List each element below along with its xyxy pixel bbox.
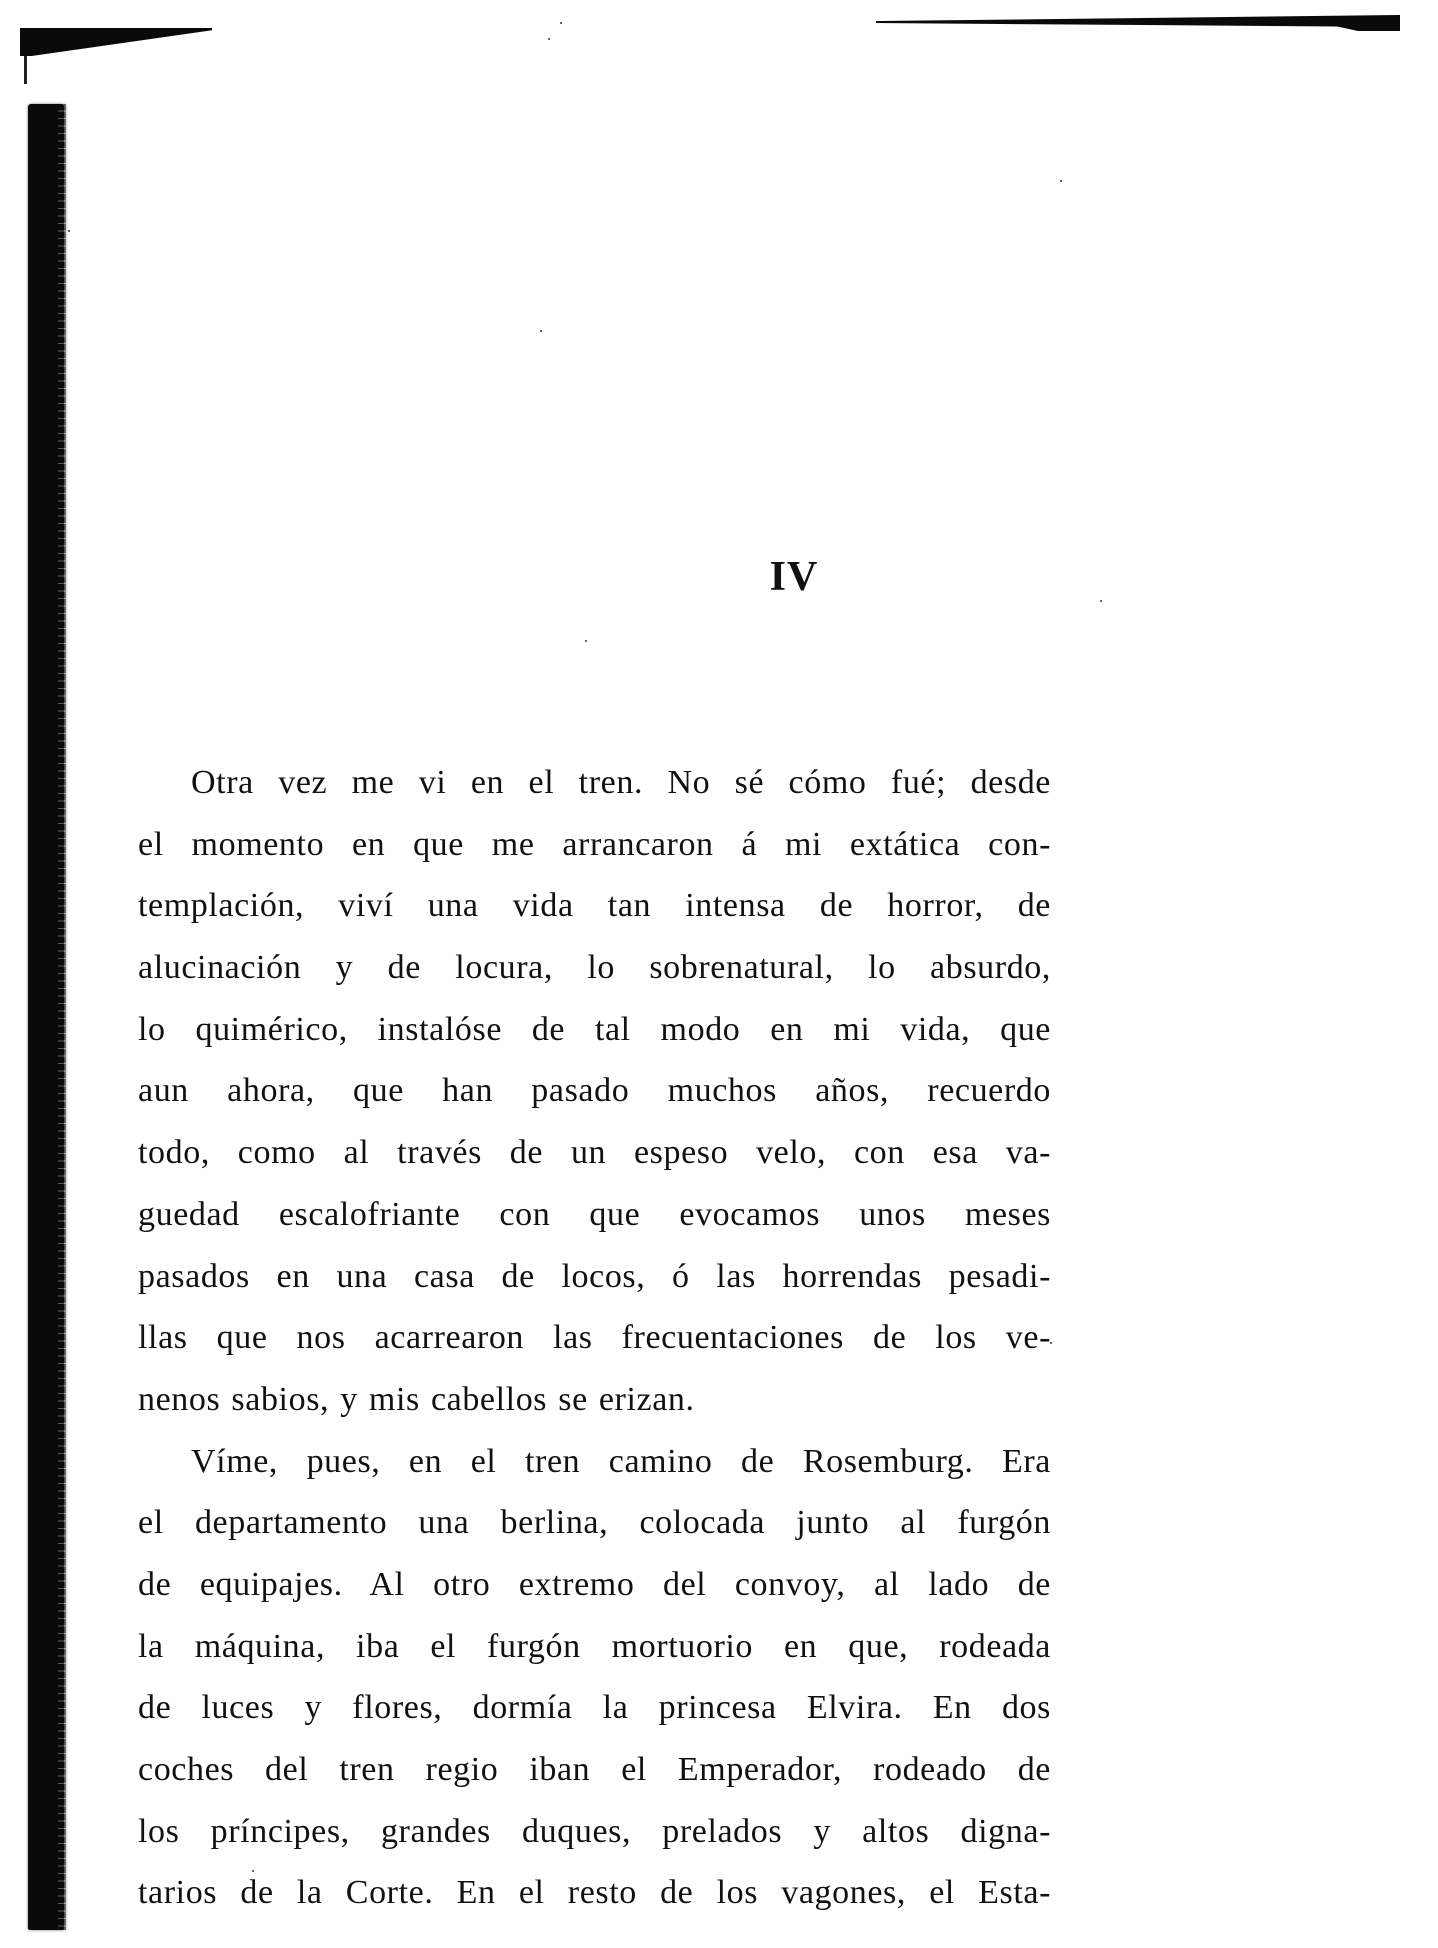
text-line: Otra vez me vi en el tren. No sé cómo fu… <box>138 752 1051 814</box>
paragraph-1: Otra vez me vi en el tren. No sé cómo fu… <box>138 752 1051 1431</box>
text-line: llas que nos acarrearon las frecuentacio… <box>138 1307 1051 1369</box>
scan-speck <box>560 22 562 24</box>
text-line: el momento en que me arrancaron á mi ext… <box>138 814 1051 876</box>
text-line: alucinación y de locura, lo sobrenatural… <box>138 937 1051 999</box>
scan-speck <box>540 330 542 332</box>
text-line: la máquina, iba el furgón mortuorio en q… <box>138 1616 1051 1678</box>
text-line: templación, viví una vida tan intensa de… <box>138 875 1051 937</box>
text-line: Víme, pues, en el tren camino de Rosembu… <box>138 1431 1051 1493</box>
text-line: tarios de la Corte. En el resto de los v… <box>138 1862 1051 1924</box>
body-text: Otra vez me vi en el tren. No sé cómo fu… <box>138 752 1051 1924</box>
scan-spine-shadow <box>28 104 64 1930</box>
text-line: todo, como al través de un espeso velo, … <box>138 1122 1051 1184</box>
scan-speck <box>585 640 587 642</box>
text-line: de equipajes. Al otro extremo del convoy… <box>138 1554 1051 1616</box>
text-line: aun ahora, que han pasado muchos años, r… <box>138 1060 1051 1122</box>
chapter-heading: IV <box>0 556 1438 598</box>
scan-speck <box>1100 600 1102 602</box>
paragraph-2: Víme, pues, en el tren camino de Rosembu… <box>138 1431 1051 1925</box>
text-line: nenos sabios, y mis cabellos se erizan. <box>138 1369 1051 1431</box>
text-line: coches del tren regio iban el Emperador,… <box>138 1739 1051 1801</box>
scan-speck <box>1060 180 1062 182</box>
text-line: de luces y flores, dormía la princesa El… <box>138 1677 1051 1739</box>
text-line: pasados en una casa de locos, ó las horr… <box>138 1246 1051 1308</box>
scan-speck <box>548 38 550 40</box>
text-line: guedad escalofriante con que evocamos un… <box>138 1184 1051 1246</box>
text-line: el departamento una berlina, colocada ju… <box>138 1492 1051 1554</box>
scan-top-edge-shadow <box>876 15 1400 31</box>
scan-speck <box>68 230 70 232</box>
text-line: los príncipes, grandes duques, prelados … <box>138 1801 1051 1863</box>
text-line: lo quimérico, instalóse de tal modo en m… <box>138 999 1051 1061</box>
scan-corner-shadow <box>20 28 212 56</box>
